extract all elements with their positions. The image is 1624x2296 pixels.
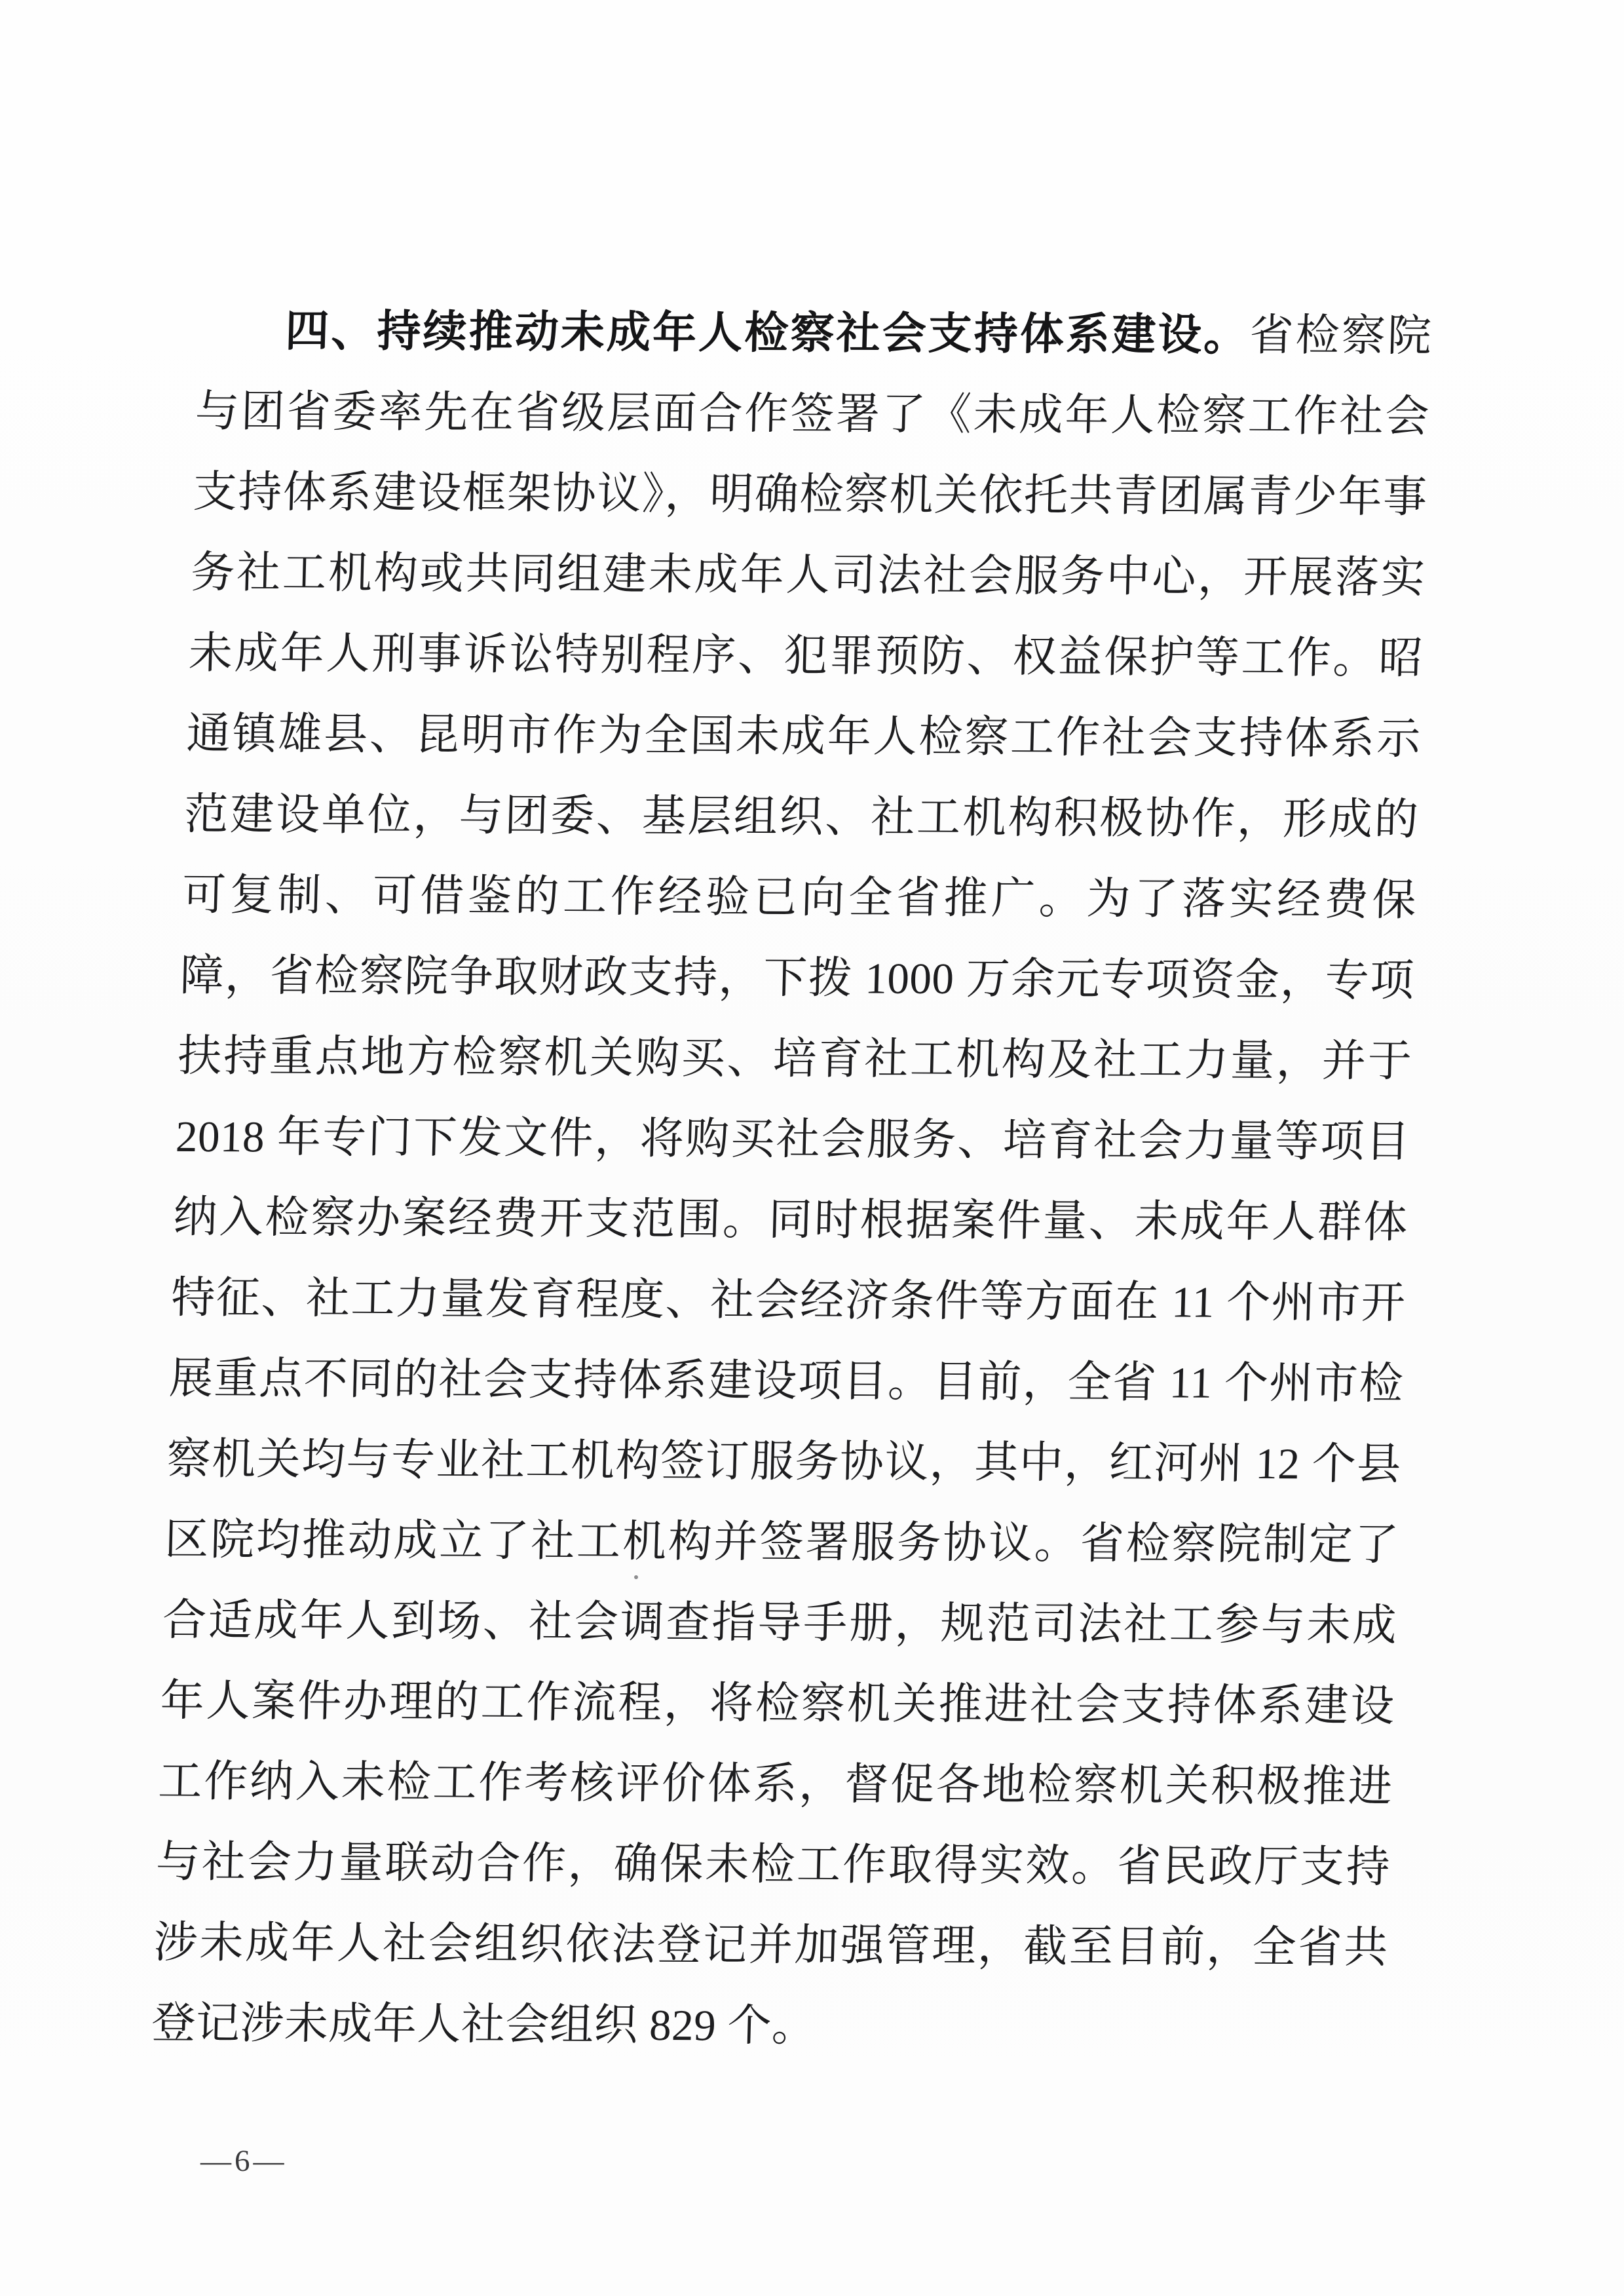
document-page: 四、持续推动未成年人检察社会支持体系建设。省检察院与团省委率先在省级层面合作签署…: [0, 0, 1624, 2296]
page-number: —6—: [200, 2144, 288, 2178]
section-body-text: 省检察院与团省委率先在省级层面合作签署了《未成年人检察工作社会支持体系建设框架协…: [151, 311, 1432, 2050]
scan-speck: [634, 1575, 638, 1579]
paragraph: 四、持续推动未成年人检察社会支持体系建设。省检察院与团省委率先在省级层面合作签署…: [151, 290, 1433, 2069]
section-heading: 四、持续推动未成年人检察社会支持体系建设。: [284, 307, 1250, 360]
